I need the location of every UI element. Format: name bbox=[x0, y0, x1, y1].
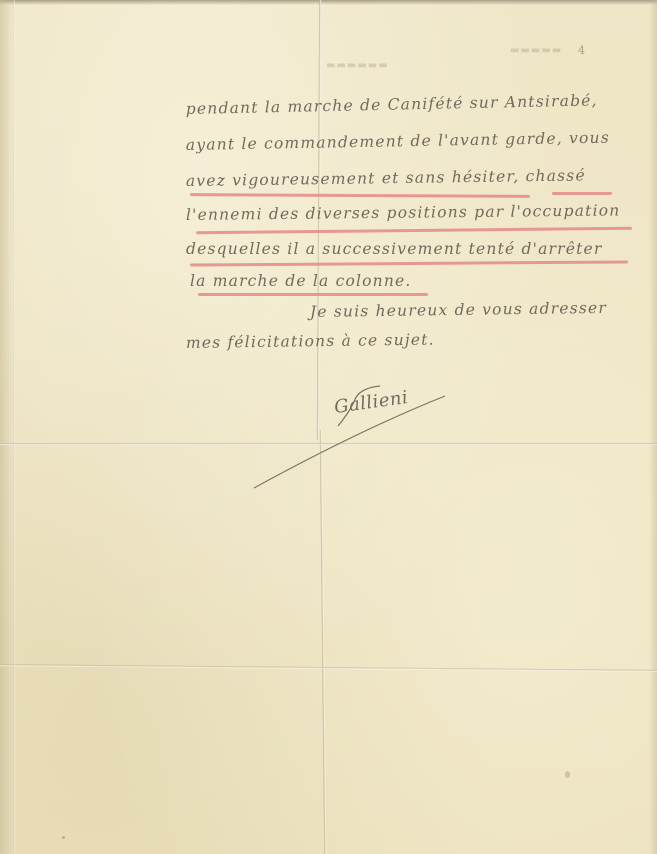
letter-line-6: la marche de la colonne. bbox=[190, 272, 412, 290]
letter-line-4: l'ennemi des diverses positions par l'oc… bbox=[186, 201, 621, 224]
letter-line-7: Je suis heureux de vous adresser bbox=[310, 299, 607, 321]
paper-stain bbox=[565, 771, 570, 778]
horizontal-fold-crease-lower bbox=[0, 664, 657, 672]
red-underline-line-4 bbox=[196, 227, 632, 235]
page-left-edge bbox=[0, 0, 14, 854]
page-right-edge bbox=[649, 0, 657, 854]
left-margin-crease bbox=[13, 0, 15, 854]
letter-line-5: desquelles il a successivement tenté d'a… bbox=[186, 240, 603, 258]
faint-letterhead-right: ▬▬▬▬▬ bbox=[510, 45, 562, 56]
red-underline-line-6 bbox=[198, 293, 428, 296]
page-number: 4 bbox=[578, 44, 585, 57]
letter-page: ▬▬▬▬▬▬ ▬▬▬▬▬ 4 pendant la marche de Cani… bbox=[0, 0, 657, 854]
vertical-fold-crease-lower bbox=[320, 430, 326, 854]
red-underline-line-3-end bbox=[552, 192, 612, 195]
letter-line-8: mes félicitations à ce sujet. bbox=[186, 331, 435, 352]
paper-stain-small bbox=[62, 836, 65, 839]
page-top-edge bbox=[0, 0, 657, 5]
red-underline-line-5 bbox=[190, 260, 628, 266]
red-underline-line-3 bbox=[190, 193, 530, 198]
faint-letterhead-left: ▬▬▬▬▬▬ bbox=[326, 60, 389, 71]
letter-line-2: ayant le commandement de l'avant garde, … bbox=[186, 129, 610, 154]
signature-flourish-icon bbox=[250, 380, 450, 490]
letter-line-1: pendant la marche de Canifété sur Antsir… bbox=[186, 91, 598, 118]
letter-line-3: avez vigoureusement et sans hésiter, cha… bbox=[186, 166, 586, 190]
